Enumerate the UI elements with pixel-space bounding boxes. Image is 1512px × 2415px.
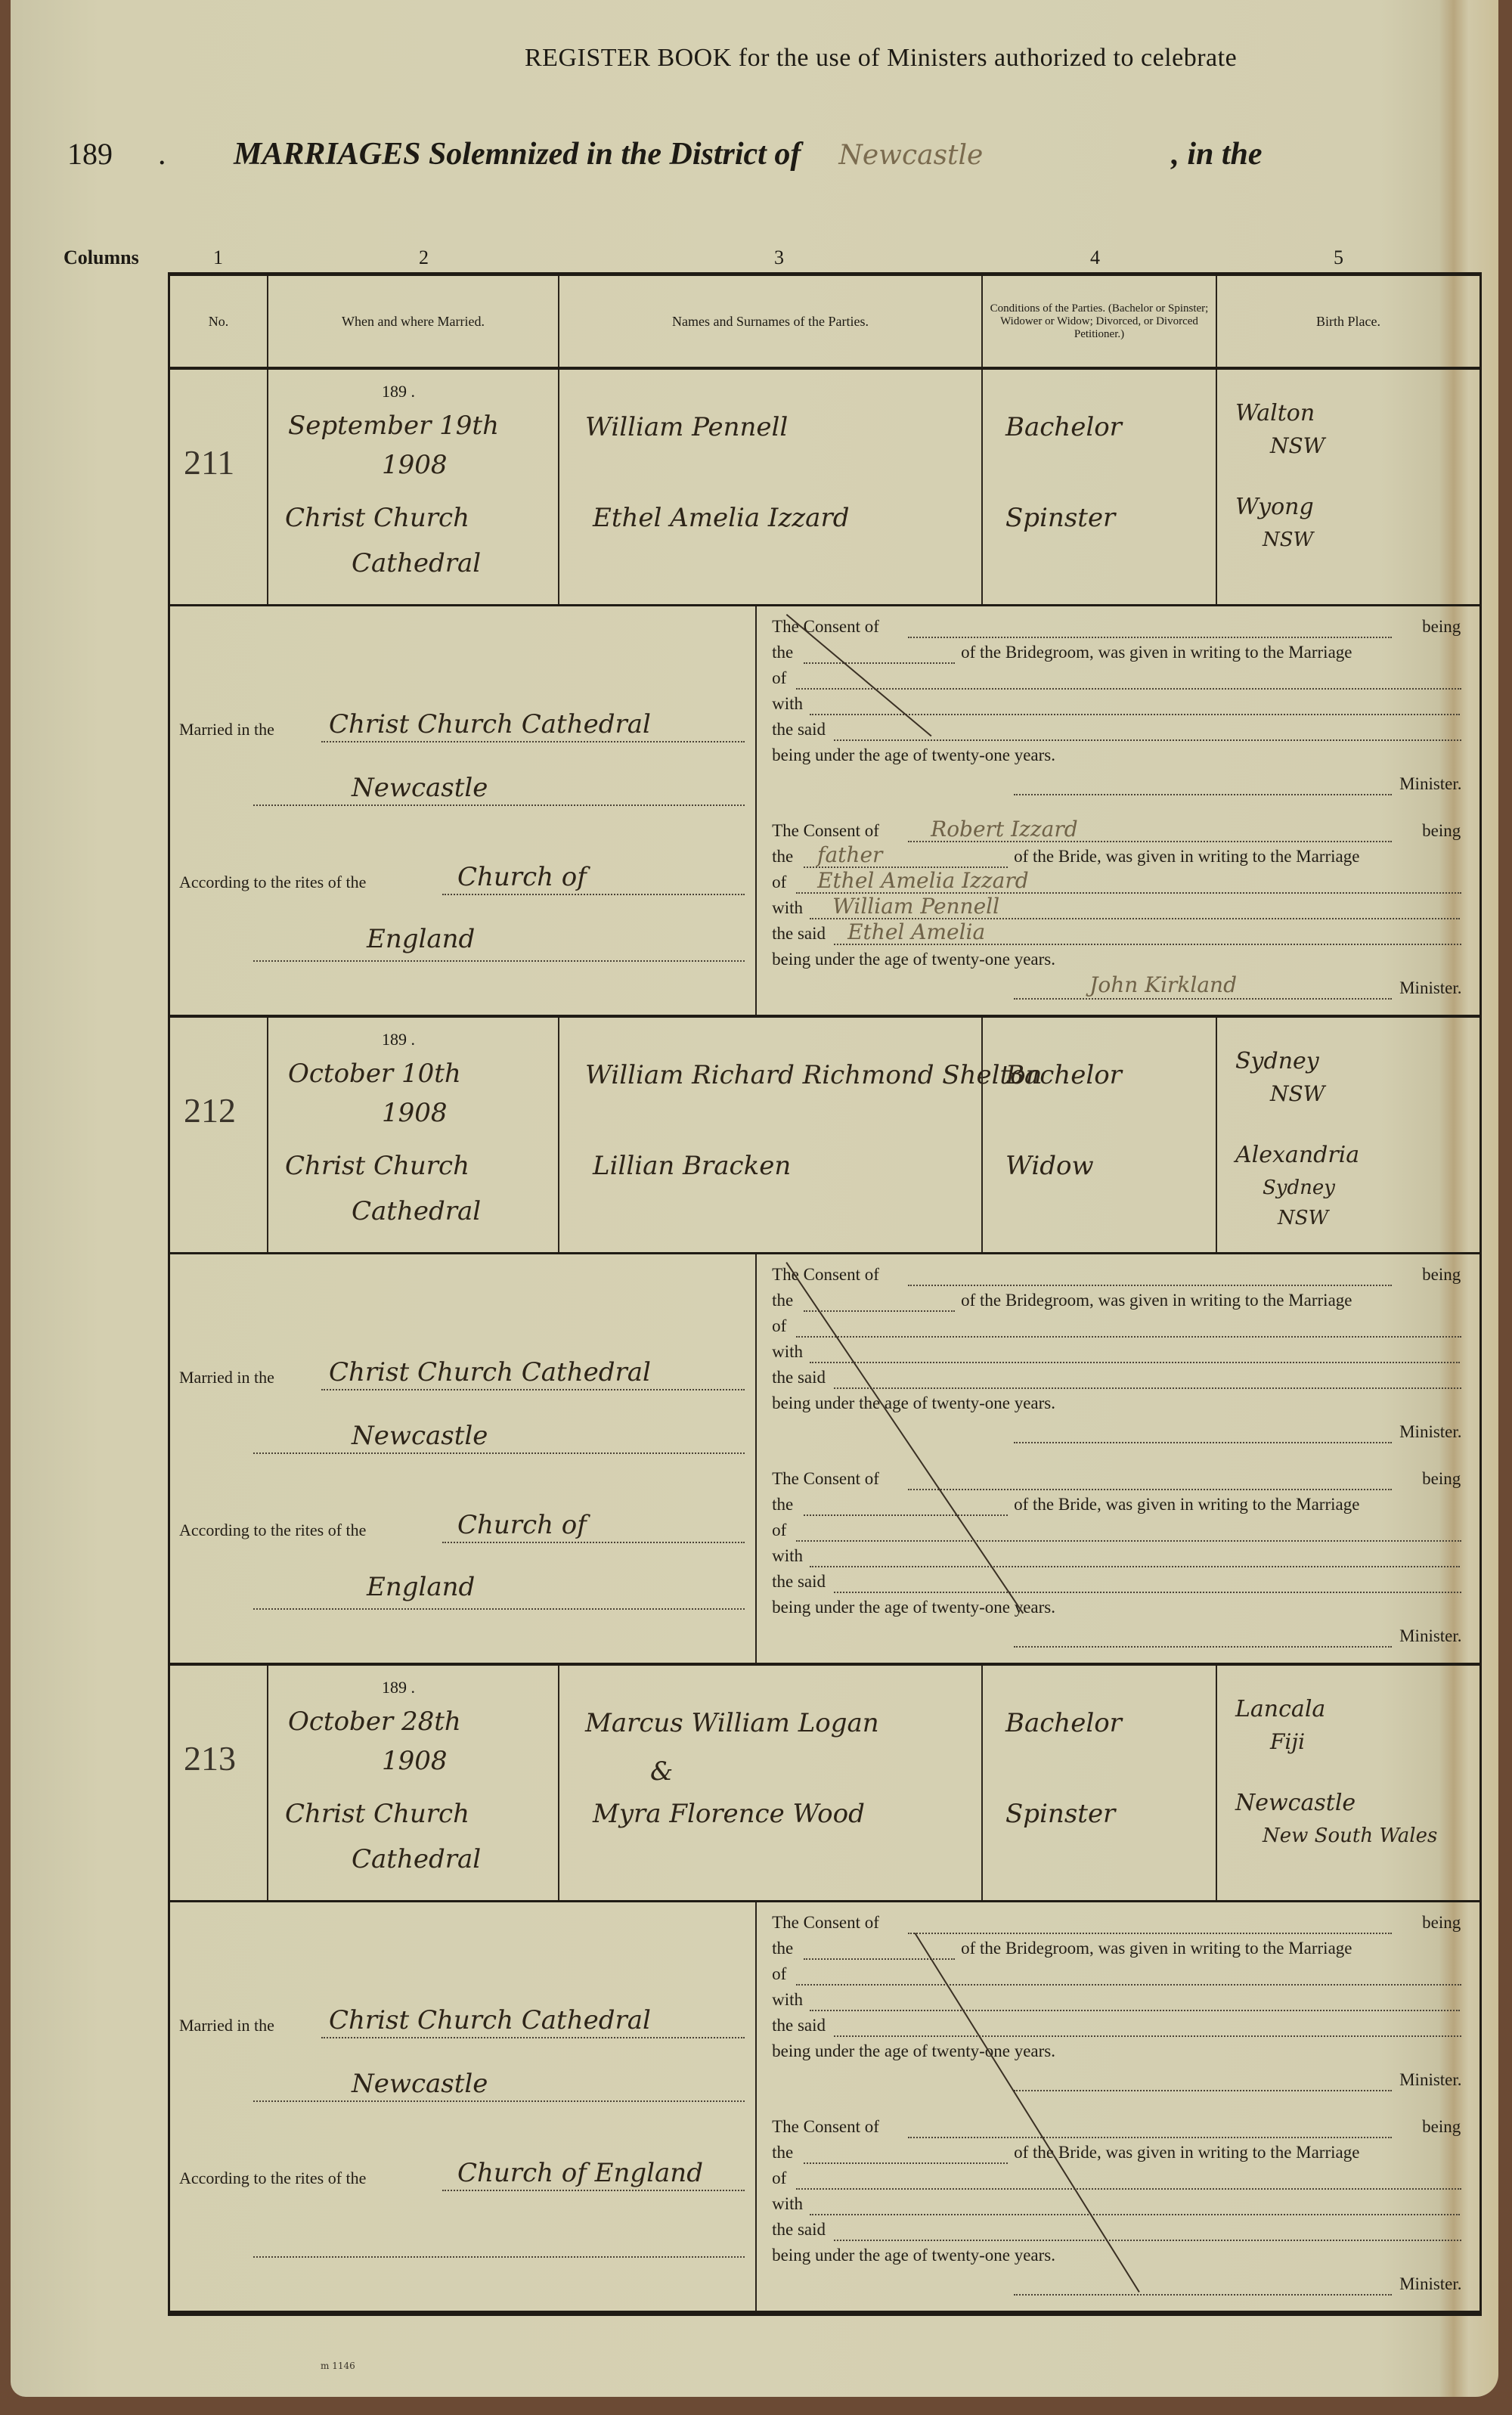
entry-number: 213 [184, 1738, 236, 1778]
married-in-value: Christ Church Cathedral [329, 2005, 651, 2035]
table-row: 213 189 . October 28th 1908 Christ Churc… [170, 1666, 1479, 1902]
entry-number: 212 [184, 1090, 236, 1130]
consent-of-label: The Consent of [772, 1265, 879, 1285]
entry-number-cell: 212 [170, 1018, 268, 1252]
consent-purpose: of the Bride, was given in writing to th… [1014, 2143, 1359, 2162]
married-in-label: Married in the [179, 2016, 274, 2035]
consent-of-label: The Consent of [772, 1913, 879, 1933]
marriage-year: 1908 [382, 1746, 448, 1776]
consent-section: The Consent of being the of the Bridegro… [757, 606, 1479, 1015]
bride-birthplace-2: NSW [1263, 529, 1313, 551]
consent-of-label: The Consent of [772, 2117, 879, 2137]
printed-year: 189 . [382, 1678, 415, 1697]
under-age-label: being under the age of twenty-one years. [772, 950, 1055, 969]
printed-year: 189 . [382, 382, 415, 401]
year-prefix: 189 [67, 136, 158, 172]
bride-condition: Spinster [1005, 1799, 1115, 1829]
minister-label: Minister. [1399, 774, 1461, 794]
of-label: of [772, 873, 786, 892]
of-label: of [772, 1316, 786, 1336]
minister-label: Minister. [1399, 2070, 1461, 2090]
marriage-place-line1: Christ Church [285, 1151, 469, 1181]
bride-name: Ethel Amelia Izzard [593, 503, 849, 533]
consent-giver: Robert Izzard [931, 817, 1078, 842]
bride-name: Lillian Bracken [593, 1151, 791, 1181]
consent-party: Ethel Amelia Izzard [817, 868, 1029, 893]
of-label: of [772, 2169, 786, 2188]
with-label: with [772, 2194, 803, 2214]
consent-section: The Consent of being the of the Bridegro… [757, 1902, 1479, 2311]
consent-of-label: The Consent of [772, 1469, 879, 1489]
names-cell: Marcus William Logan & Myra Florence Woo… [559, 1666, 983, 1900]
minister-label: Minister. [1399, 1422, 1461, 1442]
bridegroom-consent-form: The Consent of being the of the Bridegro… [757, 1260, 1480, 1465]
title-suffix: , in the [1171, 136, 1262, 172]
register-book-heading: REGISTER BOOK for the use of Ministers a… [525, 44, 1237, 73]
entry-number-cell: 211 [170, 370, 268, 604]
under-age-label: being under the age of twenty-one years. [772, 2246, 1055, 2265]
bride-consent-form: The Consent of being the of the Bride, w… [757, 2113, 1480, 2317]
entry-number: 211 [184, 442, 234, 482]
column-number: 3 [774, 246, 784, 269]
birth-place-cell: Sydney NSW Alexandria Sydney NSW [1217, 1018, 1479, 1252]
minister-signature: John Kirkland [1089, 972, 1237, 997]
rites-value: Church of [457, 862, 587, 892]
rites-value-2: England [367, 1572, 475, 1602]
rites-label: According to the rites of the [179, 873, 366, 892]
conditions-cell: Bachelor Spinster [983, 1666, 1217, 1900]
of-label: of [772, 668, 786, 688]
register-page: REGISTER BOOK for the use of Ministers a… [11, 0, 1498, 2397]
marriage-date: September 19th [288, 411, 499, 441]
the-said-label: the said [772, 1368, 826, 1387]
marriage-details-block: Married in the Christ Church Cathedral N… [170, 606, 1479, 1018]
bride-consent-form: The Consent of being Robert Izzard the f… [757, 817, 1480, 1021]
marriage-place-line1: Christ Church [285, 1799, 469, 1829]
birth-place-cell: Walton NSW Wyong NSW [1217, 370, 1479, 604]
bride-condition: Widow [1005, 1151, 1094, 1181]
consent-purpose: of the Bridegroom, was given in writing … [961, 1939, 1352, 1958]
marriage-year: 1908 [382, 450, 448, 480]
bride-birthplace: Newcastle [1235, 1790, 1356, 1816]
consent-with: William Pennell [832, 894, 999, 919]
consent-purpose: of the Bridegroom, was given in writing … [961, 643, 1352, 662]
the-said-label: the said [772, 924, 826, 944]
printed-year: 189 . [382, 1030, 415, 1049]
married-in-section: Married in the Christ Church Cathedral N… [170, 1902, 757, 2311]
columns-label: Columns [64, 246, 139, 269]
the-said-label: the said [772, 1572, 826, 1592]
the-label: the [772, 2143, 793, 2162]
consent-purpose: of the Bridegroom, was given in writing … [961, 1291, 1352, 1310]
marriage-place-line2: Cathedral [352, 548, 481, 578]
married-in-section: Married in the Christ Church Cathedral N… [170, 606, 757, 1015]
the-label: the [772, 1495, 793, 1514]
column-number: 1 [213, 246, 223, 269]
consent-relation: father [817, 842, 882, 867]
minister-label: Minister. [1399, 2274, 1461, 2294]
rites-value: Church of England [457, 2158, 703, 2188]
bride-birthplace: Alexandria [1235, 1142, 1359, 1168]
marriage-register-table: No. When and where Married. Names and Su… [168, 272, 1482, 2316]
entry-number-cell: 213 [170, 1666, 268, 1900]
names-cell: William Richard Richmond Shelton Lillian… [559, 1018, 983, 1252]
groom-condition: Bachelor [1005, 412, 1122, 442]
bride-consent-form: The Consent of being the of the Bride, w… [757, 1465, 1480, 1669]
marriage-place-line2: Cathedral [352, 1196, 481, 1226]
the-label: the [772, 1291, 793, 1310]
groom-birthplace-2: Fiji [1270, 1729, 1305, 1754]
married-in-town: Newcastle [352, 2069, 488, 2099]
marriage-place-line1: Christ Church [285, 503, 469, 533]
header-conditions: Conditions of the Parties. (Bachelor or … [983, 276, 1217, 367]
header-names: Names and Surnames of the Parties. [559, 276, 983, 367]
marriage-year: 1908 [382, 1098, 448, 1128]
groom-name: Marcus William Logan [585, 1708, 879, 1738]
minister-label: Minister. [1399, 1626, 1461, 1646]
of-label: of [772, 1964, 786, 1984]
column-number: 4 [1090, 246, 1100, 269]
married-in-town: Newcastle [352, 1421, 488, 1451]
groom-condition: Bachelor [1005, 1060, 1122, 1090]
being-label: being [1422, 1469, 1461, 1489]
table-header-row: No. When and where Married. Names and Su… [170, 276, 1479, 370]
birth-place-cell: Lancala Fiji Newcastle New South Wales [1217, 1666, 1479, 1900]
being-label: being [1422, 1913, 1461, 1933]
marriage-place-line2: Cathedral [352, 1844, 481, 1874]
names-cell: William Pennell Ethel Amelia Izzard [559, 370, 983, 604]
married-in-section: Married in the Christ Church Cathedral N… [170, 1254, 757, 1663]
minister-label: Minister. [1399, 978, 1461, 998]
groom-name: William Richard Richmond Shelton [585, 1060, 1042, 1090]
groom-birthplace: Sydney [1235, 1048, 1319, 1074]
rites-label: According to the rites of the [179, 2169, 366, 2188]
being-label: being [1422, 617, 1461, 637]
consent-said: Ethel Amelia [847, 919, 985, 944]
the-label: the [772, 643, 793, 662]
under-age-label: being under the age of twenty-one years. [772, 746, 1055, 765]
groom-name: William Pennell [585, 412, 788, 442]
rites-value-2: England [367, 924, 475, 954]
with-label: with [772, 898, 803, 918]
year-dot: . [158, 136, 234, 172]
married-in-label: Married in the [179, 1368, 274, 1387]
bride-birthplace-2: New South Wales [1263, 1824, 1437, 1847]
groom-condition: Bachelor [1005, 1708, 1122, 1738]
bride-birthplace: Wyong [1235, 494, 1314, 520]
marriage-date: October 28th [288, 1707, 461, 1737]
printer-mark: m 1146 [321, 2361, 355, 2371]
when-where-cell: 189 . October 28th 1908 Christ Church Ca… [268, 1666, 559, 1900]
married-in-value: Christ Church Cathedral [329, 709, 651, 739]
with-label: with [772, 1990, 803, 2010]
column-number: 2 [419, 246, 429, 269]
groom-birthplace-2: NSW [1270, 1081, 1325, 1106]
under-age-label: being under the age of twenty-one years. [772, 1394, 1055, 1413]
when-where-cell: 189 . October 10th 1908 Christ Church Ca… [268, 1018, 559, 1252]
district-name: Newcastle [838, 140, 1171, 171]
bride-condition: Spinster [1005, 503, 1115, 533]
consent-section: The Consent of being the of the Bridegro… [757, 1254, 1479, 1663]
the-said-label: the said [772, 2016, 826, 2035]
of-label: of [772, 1521, 786, 1540]
bride-birthplace-3: NSW [1278, 1207, 1328, 1229]
consent-of-label: The Consent of [772, 617, 879, 637]
header-when-where: When and where Married. [268, 276, 559, 367]
married-in-value: Christ Church Cathedral [329, 1357, 651, 1387]
the-label: the [772, 1939, 793, 1958]
under-age-label: being under the age of twenty-one years. [772, 2041, 1055, 2061]
the-said-label: the said [772, 720, 826, 739]
bridegroom-consent-form: The Consent of being the of the Bridegro… [757, 1908, 1480, 2113]
marriage-details-block: Married in the Christ Church Cathedral N… [170, 1254, 1479, 1666]
being-label: being [1422, 821, 1461, 841]
groom-birthplace-2: NSW [1270, 433, 1325, 458]
when-where-cell: 189 . September 19th 1908 Christ Church … [268, 370, 559, 604]
marriage-details-block: Married in the Christ Church Cathedral N… [170, 1902, 1479, 2314]
being-label: being [1422, 1265, 1461, 1285]
bride-birthplace-2: Sydney [1263, 1176, 1335, 1199]
rites-value: Church of [457, 1510, 587, 1540]
groom-birthplace: Walton [1235, 400, 1315, 426]
married-in-town: Newcastle [352, 773, 488, 803]
conditions-cell: Bachelor Widow [983, 1018, 1217, 1252]
conditions-cell: Bachelor Spinster [983, 370, 1217, 604]
bride-name: Myra Florence Wood [593, 1799, 865, 1829]
married-in-label: Married in the [179, 720, 274, 739]
groom-birthplace: Lancala [1235, 1696, 1325, 1722]
and-symbol: & [650, 1756, 673, 1787]
rites-label: According to the rites of the [179, 1521, 366, 1540]
consent-purpose: of the Bride, was given in writing to th… [1014, 847, 1359, 866]
title-text: MARRIAGES Solemnized in the District of [234, 136, 801, 172]
table-row: 212 189 . October 10th 1908 Christ Churc… [170, 1018, 1479, 1254]
table-row: 211 189 . September 19th 1908 Christ Chu… [170, 370, 1479, 606]
page-title: 189 . MARRIAGES Solemnized in the Distri… [67, 136, 1489, 172]
with-label: with [772, 1546, 803, 1566]
header-no: No. [170, 276, 268, 367]
with-label: with [772, 1342, 803, 1362]
with-label: with [772, 694, 803, 714]
consent-purpose: of the Bride, was given in writing to th… [1014, 1495, 1359, 1514]
header-birth-place: Birth Place. [1217, 276, 1479, 367]
the-said-label: the said [772, 2220, 826, 2240]
consent-of-label: The Consent of [772, 821, 879, 841]
bridegroom-consent-form: The Consent of being the of the Bridegro… [757, 612, 1480, 817]
marriage-date: October 10th [288, 1059, 461, 1089]
being-label: being [1422, 2117, 1461, 2137]
the-label: the [772, 847, 793, 866]
column-number: 5 [1334, 246, 1343, 269]
